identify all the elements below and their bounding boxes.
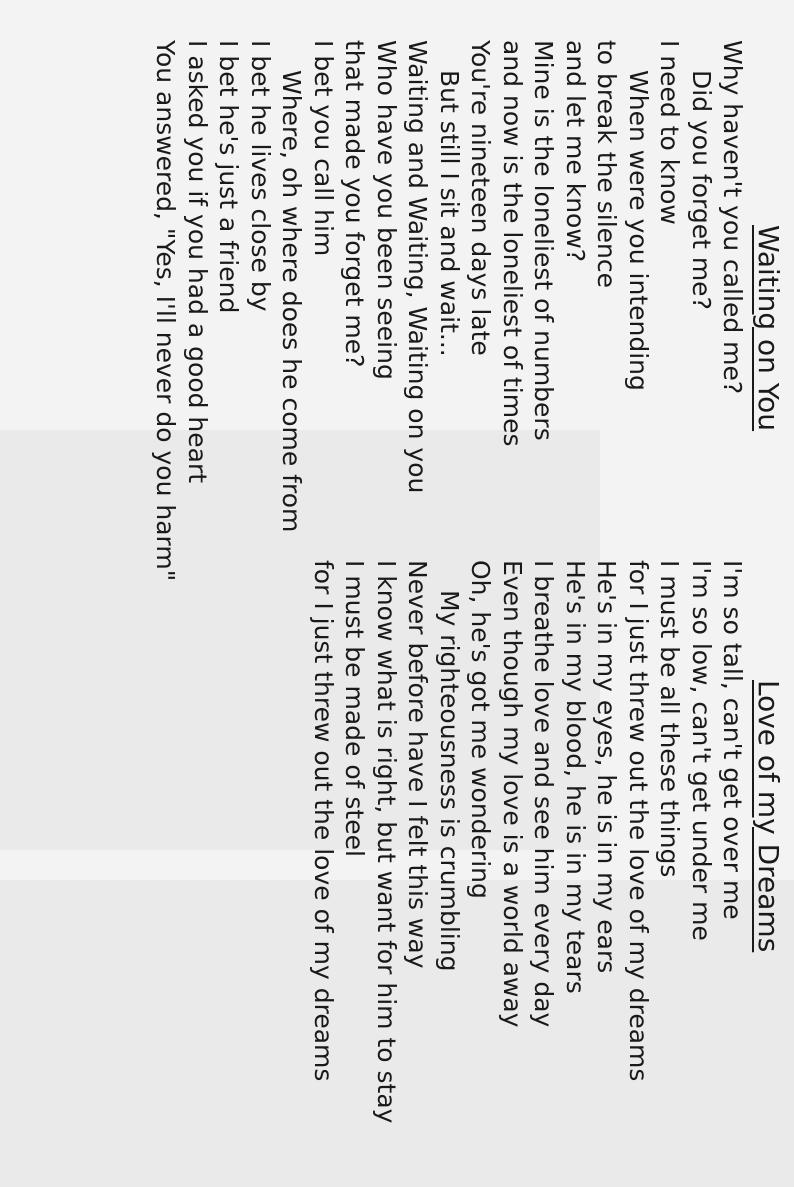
poem-line: Where, oh where does he come from — [276, 40, 308, 581]
poem-line: I must be all these things — [654, 560, 686, 1123]
poem-line: Waiting and Waiting, Waiting on you — [402, 40, 434, 581]
poem-line: I know what is right, but want for him t… — [371, 560, 403, 1123]
poem-line: My righteousness is crumbling — [434, 560, 466, 1123]
poem-line: for I just threw out the love of my drea… — [623, 560, 655, 1123]
poem-line: I'm so low, can't get under me — [686, 560, 718, 1123]
poem-line: Never before have I felt this way — [402, 560, 434, 1123]
poem-line: I bet you call him — [308, 40, 340, 581]
poem-line: and now is the loneliest of times — [497, 40, 529, 581]
poem-line: I need to know — [654, 40, 686, 581]
poem-line: I breathe love and see him every day — [528, 560, 560, 1123]
poem-line: Did you forget me? — [686, 40, 718, 581]
poem-line: Mine is the loneliest of numbers — [528, 40, 560, 581]
poem-line: Why haven't you called me? — [717, 40, 749, 581]
poem-line: and let me know? — [560, 40, 592, 581]
poem-line: that made you forget me? — [339, 40, 371, 581]
poem-line: He's in my blood, he is in my tears — [560, 560, 592, 1123]
poem-line: He's in my eyes, he is in my ears — [591, 560, 623, 1123]
poem-title: Love of my Dreams — [753, 560, 785, 1123]
poem-line: to break the silence — [591, 40, 623, 581]
poem-line: I asked you if you had a good heart — [182, 40, 214, 581]
poem-line: When were you intending — [623, 40, 655, 581]
rotated-page: Waiting on You Why haven't you called me… — [0, 0, 794, 1187]
poem-title: Waiting on You — [753, 40, 785, 581]
poem-line: I'm so tall, can't get over me — [717, 560, 749, 1123]
poem-line: for I just threw out the love of my drea… — [308, 560, 340, 1123]
poem-love-of-my-dreams: Love of my Dreams I'm so tall, can't get… — [308, 560, 785, 1123]
poem-line: I bet he lives close by — [245, 40, 277, 581]
poem-line: You're nineteen days late — [465, 40, 497, 581]
poem-line: But still I sit and wait... — [434, 40, 466, 581]
poem-line: I must be made of steel — [339, 560, 371, 1123]
poem-line: I bet he's just a friend — [213, 40, 245, 581]
poem-line: Oh, he's got me wondering — [465, 560, 497, 1123]
poem-line: You answered, "Yes, I'll never do you ha… — [150, 40, 182, 581]
poem-line: Who have you been seeing — [371, 40, 403, 581]
poem-waiting-on-you: Waiting on You Why haven't you called me… — [150, 40, 784, 581]
poem-line: Even though my love is a world away — [497, 560, 529, 1123]
